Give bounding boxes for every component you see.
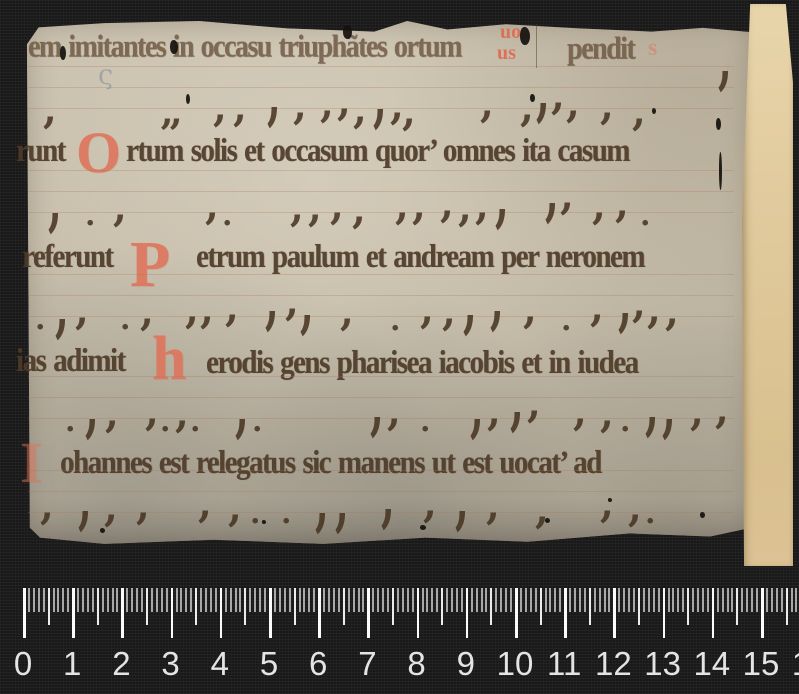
ruler-tick [185,588,187,612]
ruler-tick [638,588,640,625]
ruler-tick [471,588,473,612]
ruler-tick [230,588,232,612]
ruler-number: 3 [161,645,179,683]
ruler-tick [377,588,379,612]
ruler-tick [264,588,266,612]
damage-speck [652,108,656,114]
ruler-tick [259,588,261,612]
ruler-tick [746,588,748,612]
ruler-tick [766,588,768,612]
damage-speck [545,518,550,523]
damage-speck [186,94,190,104]
ruler-tick [328,588,330,612]
ruler-tick [692,588,694,612]
damage-speck [420,525,426,530]
ruler-tick [279,588,281,612]
ruler-tick [613,588,616,638]
ruler-tick [658,588,660,612]
ruler-tick [751,588,753,612]
ruler-number: 14 [693,645,730,683]
text-line-1: uo [500,22,521,42]
ruler-tick [141,588,143,612]
ruler-number: 12 [595,645,632,683]
ruler-tick [702,588,704,612]
ruler-tick [628,588,630,612]
ruler-tick [190,588,192,612]
ruler-number: 16 [792,645,799,683]
ruler-tick [485,588,487,612]
ruler-tick [392,588,394,625]
ruler-number: 7 [358,645,376,683]
ruler-tick [776,588,778,612]
ruler-tick [166,588,168,612]
ruler-tick [771,588,773,612]
ruler-tick [299,588,301,612]
ruler-tick [677,588,679,612]
ruler-tick [446,588,448,612]
ruler-tick [48,588,50,625]
ruler-tick [176,588,178,612]
ruler-tick [116,588,118,612]
damage-speck [60,46,66,60]
ruler-tick [520,588,522,612]
damage-speck [262,520,266,524]
centimeter-ruler: 012345678910111213141516 [0,585,799,694]
ruler-number: 11 [547,645,581,683]
ruler-tick [604,588,606,612]
ruler-tick [554,588,556,612]
ruler-tick [781,588,783,612]
ruler-number: 1 [63,645,81,683]
ruler-tick [579,588,581,612]
ruler-tick [697,588,699,612]
ruler-tick [608,588,610,612]
ruler-tick [43,588,45,612]
ruler-tick [348,588,350,612]
ruler-tick [387,588,389,612]
damage-speck [100,528,105,533]
ruler-tick [57,588,59,612]
ruler-tick [599,588,601,612]
ruler-tick [294,588,296,625]
ruler-tick [151,588,153,612]
text-line-4: ias adimit [16,345,125,377]
text-line-3: etrum paulum et andream per neronem [196,241,644,273]
damage-speck [719,152,722,190]
ruler-tick [564,588,567,638]
ruler-tick [82,588,84,612]
ruler-tick [397,588,399,612]
text-line-1: us [497,43,516,63]
ruler-tick [220,588,223,638]
damage-speck [700,512,705,518]
ruler-tick [456,588,458,612]
ruler-tick [249,588,251,612]
ruler-tick [215,588,217,612]
ruler-tick [451,588,453,612]
ruler-tick [727,588,729,612]
ruler-tick [338,588,340,612]
ruler-tick [289,588,291,612]
ruler-tick [618,588,620,612]
grey-annotation: ς [98,62,113,89]
ruler-tick [195,588,197,625]
ruler-tick [584,588,586,612]
ruler-tick [717,588,719,612]
ruler-tick [126,588,128,612]
ruler-tick [569,588,571,612]
ruler-tick [38,588,40,612]
ruler-tick [323,588,325,612]
ruler-tick [107,588,109,612]
ruler-tick [559,588,561,612]
ruler-tick [589,588,591,625]
ruler-tick [668,588,670,612]
ruler-tick [180,588,182,612]
ruler-tick [372,588,374,612]
ruler-tick [786,588,788,625]
ruler-tick [33,588,35,612]
ruler-tick [225,588,227,612]
ruler-tick [594,588,596,612]
ruler-tick [672,588,674,612]
damage-speck [530,94,535,102]
ruler-tick [756,588,758,612]
ruler-number: 10 [497,645,534,683]
ruler-number: 6 [309,645,327,683]
damage-speck [608,498,612,502]
ruler-number: 15 [743,645,780,683]
ruler-tick [791,588,793,612]
ruler-tick [205,588,207,612]
damage-speck [170,40,178,54]
ruler-tick [731,588,733,612]
ruler-tick [121,588,124,638]
ruler-tick [308,588,310,612]
ruler-tick [77,588,79,612]
ruler-number: 4 [211,645,229,683]
ruler-tick [362,588,364,612]
text-line-1: pendit [567,34,634,65]
ruler-tick [736,588,738,625]
ruler-tick [254,588,256,612]
ruler-tick [269,588,272,638]
ruler-tick [761,588,764,638]
text-line-1: em imitantes in occasu triuphãtes ortum [28,32,461,63]
ruler-number: 13 [644,645,681,683]
ruler-tick [343,588,345,625]
ruler-tick [367,588,370,638]
ruler-number: 0 [14,645,32,683]
ruler-tick [510,588,512,612]
ruler-tick [648,588,650,612]
ruler-tick [333,588,335,612]
ruler-tick [515,588,518,638]
ruler-tick [545,588,547,612]
binding-strip [742,4,793,566]
ruler-tick [235,588,237,612]
damage-speck [520,27,530,45]
ruler-tick [476,588,478,612]
ruler-tick [92,588,94,612]
ruler-tick [284,588,286,612]
ruler-number: 8 [407,645,425,683]
ruler-tick [712,588,715,638]
ruler-tick [741,588,743,612]
ruler-tick [53,588,55,612]
ruler-tick [146,588,148,625]
ruler-tick [535,588,537,612]
ruler-tick [549,588,551,612]
ruler-tick [353,588,355,612]
ruler-tick [795,588,797,612]
ruler-tick [156,588,158,612]
ruler-tick [663,588,666,638]
ruler-tick [112,588,114,612]
ruler-tick [722,588,724,612]
ruler-tick [461,588,463,612]
ruler-tick [161,588,163,612]
ruler-tick [417,588,420,638]
ruler-tick [481,588,483,612]
damage-speck [343,25,352,39]
ruler-number: 5 [260,645,278,683]
text-line-1: s [648,36,657,60]
ruler-tick [28,588,30,612]
ruler-tick [490,588,492,625]
ruler-tick [303,588,305,612]
ruler-tick [318,588,321,638]
ruler-tick [500,588,502,612]
ruler-tick [431,588,433,612]
ruler-tick [358,588,360,612]
ruler-tick [682,588,684,612]
ruler-tick [171,588,174,638]
ruler-tick [643,588,645,612]
ruler-number: 2 [112,645,130,683]
ruler-tick [707,588,709,612]
ruler-tick [623,588,625,612]
ruler-tick [274,588,276,612]
ruler-tick [540,588,542,625]
ruler-tick [23,588,26,638]
ruler-tick [200,588,202,612]
damage-speck [716,118,721,130]
ruler-tick [131,588,133,612]
ruler-tick [422,588,424,612]
ruler-tick [633,588,635,612]
ruler-tick [402,588,404,612]
ruler-tick [495,588,497,612]
ruler-tick [525,588,527,612]
ruler-tick [239,588,241,612]
ruler-tick [87,588,89,612]
ruler-tick [97,588,99,625]
ruler-tick [407,588,409,612]
ruler-tick [313,588,315,612]
ruler-tick [687,588,689,625]
ruler-tick [505,588,507,612]
ruler-tick [653,588,655,612]
ruler-tick [426,588,428,612]
ruler-number: 9 [457,645,475,683]
ruler-tick [441,588,443,625]
ruler-tick [210,588,212,612]
ruler-tick [466,588,469,638]
ruler-tick [136,588,138,612]
ruler-tick [244,588,246,625]
ruler-tick [102,588,104,612]
ruler-tick [574,588,576,612]
text-line-4: erodis gens pharisea iacobis et in iudea [206,347,638,379]
ruler-tick [436,588,438,612]
ruler-tick [412,588,414,612]
ruler-tick [530,588,532,612]
ruler-tick [67,588,69,612]
ruler-tick [72,588,75,638]
ruler-tick [382,588,384,612]
crease-line [536,24,537,68]
ruler-tick [62,588,64,612]
